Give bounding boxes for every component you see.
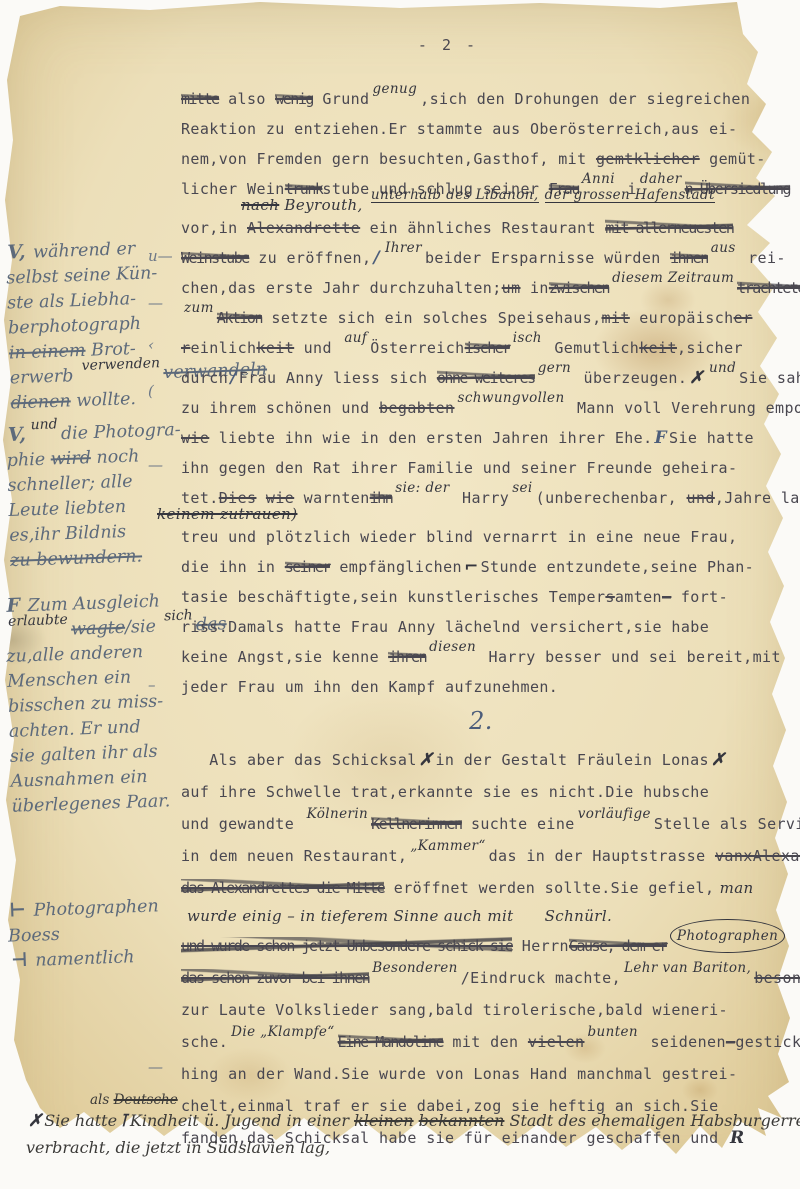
overtyped-scribble: wenig [275, 90, 313, 108]
struck-handwritten-text: Deutsche [114, 1092, 178, 1108]
typed-text: Mann voll Verehrung empor, [568, 399, 800, 417]
overtyped-scribble: Aktion [217, 309, 262, 327]
typed-text: liebte ihn wie in den ersten Jahren ihre… [209, 429, 652, 447]
struck-handwritten-text: bekannten [419, 1111, 505, 1130]
typed-text: Sie sah [739, 369, 800, 387]
bottom-note-line: ✗Sie hatte⊺Kindheit ü. Jugend in einer k… [26, 1109, 796, 1136]
inserted-word-above: und [709, 353, 736, 383]
editor-mark: ✗ [711, 750, 726, 770]
typed-text: das in der Hauptstrasse [489, 847, 715, 865]
typed-line: nem,von Fremden gern besuchten,Gasthof, … [181, 144, 781, 174]
typed-text: ,Jahre lang [715, 489, 800, 507]
circled-insertion: Photographen [670, 919, 785, 953]
typed-text: Harry [453, 489, 510, 507]
typed-text: in der Gestalt Fräulein Lonas [435, 751, 709, 769]
typed-text: Stelle als Serviermädchen [654, 815, 800, 833]
struck-typed-text: wie [181, 429, 209, 447]
handwritten-text: als [90, 1092, 114, 1108]
handwritten-text: die Photogra- [61, 420, 181, 444]
typed-text: überzeugen. [574, 369, 687, 387]
struck-handwritten-text: wird [50, 448, 91, 469]
typescript-body: mitte also wenig Grundgenug,sich den Dro… [181, 84, 781, 1154]
typed-text: in [521, 279, 549, 297]
typed-line: in dem neuen Restaurant,„Kammer“das in d… [181, 840, 781, 872]
overtyped-scribble: Weinstube [181, 249, 249, 267]
underlined-insertion: unterhalb des Libanon, [371, 190, 539, 203]
inserted-word-above: Kölnerin [307, 798, 369, 830]
typed-text: hing an der Wand.Sie wurde von Lonas Han… [181, 1065, 737, 1083]
typed-text: Österreich [370, 339, 464, 357]
typed-text: nem,von Fremden gern besuchten,Gasthof, … [181, 150, 596, 168]
overtyped-scribble: seiner [285, 558, 330, 576]
typed-text: einlich [190, 339, 256, 357]
margin-note-2: V,unddie Photogra-phie wird nochschnelle… [5, 417, 185, 573]
editor-mark-blue: / [373, 248, 380, 268]
typed-line: Reaktion zu entziehen.Er stammte aus Obe… [181, 114, 781, 144]
typed-text: vor,in [181, 219, 247, 237]
typed-text: gestickten Bändern [735, 1033, 800, 1051]
typed-text: rei- [739, 249, 786, 267]
typed-text: in dem neuen Restaurant, [181, 847, 407, 865]
margin-note-4: ⊢ PhotographenBoess⊣ namentlich [7, 893, 161, 973]
typed-text: setzte sich ein solches Speisehaus, [262, 309, 602, 327]
struck-typed-text: vanxAlexan [715, 847, 800, 865]
handwritten-text: namentlich [29, 947, 134, 971]
editor-mark: ⊺ [119, 1111, 128, 1131]
handwritten-text: selbst seine Kün- [6, 263, 158, 288]
typed-text: und [294, 339, 341, 357]
struck-typed-text: er [734, 309, 753, 327]
typed-text: chen,das erste Jahr durchzuhalten; [181, 279, 502, 297]
inserted-word-above: diesen [429, 632, 476, 662]
typed-text: keine Angst,sie kenne [181, 648, 388, 666]
handwritten-text: sie galten ihr als [9, 742, 157, 767]
typed-text: seidenen [641, 1033, 726, 1051]
handwritten-text: überlegenes Paar. [11, 791, 170, 817]
inserted-word-above: auf [344, 323, 367, 353]
editor-mark: ⌐ [464, 557, 479, 577]
typed-line: sche.Die „Klampfe“Eine Mandoline mit den… [181, 1026, 781, 1058]
handwritten-text: Boess [8, 925, 60, 947]
handwritten-text: es,ihr Bildnis [9, 522, 126, 546]
struck-handwritten-text: keinem zutrauen) [157, 505, 297, 523]
typed-text: amten [615, 588, 662, 606]
handwritten-text: noch [91, 446, 140, 468]
handwritten-text: /sie [125, 616, 162, 637]
typed-line: zu ihrem schönen und begabtenschwungvoll… [181, 393, 781, 423]
editor-mark: ✗ [28, 1111, 42, 1131]
typed-line: auf ihre Schwelle trat,erkannte sie es n… [181, 776, 781, 808]
handwritten-text: ste als Liebha- [7, 289, 137, 313]
typed-text: Reaktion zu entziehen.Er stammte aus Obe… [181, 120, 737, 138]
overtyped-scribble: das schon zuvor bei ihnen [181, 969, 369, 987]
overtyped-scribble: ihren [388, 648, 426, 666]
overtyped-scribble: das Alexandrettes die Mitte [181, 879, 384, 897]
editor-mark: ✗ [689, 368, 704, 388]
inserted-word-above: verwenden [81, 351, 160, 379]
typed-text: eröffnet werden sollte.Sie gefiel, [384, 879, 714, 897]
typed-line: tasie beschäftigte,sein kunstlerisches T… [181, 582, 781, 612]
handwritten-text: bisschen zu miss- [8, 691, 164, 716]
editor-mark-blue: / [230, 368, 237, 388]
inserted-word-above: Die „Klampfe“ [231, 1016, 334, 1048]
manuscript-scan: - 2 - V, während erselbst seine Kün-ste … [0, 0, 800, 1189]
struck-typed-text: und [687, 489, 715, 507]
overtyped-scribble: ischer [465, 339, 510, 357]
inserted-word-above: aus [711, 233, 736, 263]
gutter-mark: — [148, 294, 163, 312]
typed-text: durch [181, 369, 228, 387]
typed-text: Sie hatte [669, 429, 754, 447]
typed-line: ihn gegen den Rat ihrer Familie und sein… [181, 453, 781, 483]
typed-line: jeder Frau um ihn den Kampf aufzunehmen. [181, 672, 781, 702]
handwritten-text: Leute liebten [8, 497, 126, 521]
section-heading: 2. [181, 702, 781, 744]
overtyped-scribble: Eine Mandoline [338, 1033, 443, 1051]
handwritten-text: Sie hatte [44, 1111, 117, 1130]
editor-mark-blue: F [655, 428, 667, 448]
typed-line: zumAktion setzte sich ein solches Speise… [181, 303, 781, 333]
struck-typed-text: um [502, 279, 521, 297]
typed-text: Harry besser und sei bereit,mit [479, 648, 781, 666]
handwritten-text: man [714, 879, 753, 897]
typed-text: (unberechenbar, [536, 489, 687, 507]
inserted-word-above: diesem Zeitraum [612, 263, 734, 293]
handwritten-text: phie [6, 450, 51, 472]
handwritten-text: während er [27, 239, 135, 263]
typed-text: Als aber das Schicksal [181, 751, 417, 769]
struck-handwritten-text: nach [241, 196, 279, 214]
typed-text: /Eindruck machte, [461, 969, 621, 987]
editor-mark: ✗ [419, 750, 434, 770]
struck-handwritten-text: kleinen [354, 1111, 413, 1130]
handwritten-text: erwerb [9, 366, 79, 388]
overtyped-scribble: mitte [181, 90, 219, 108]
handwritten-text: zu,alle anderen [6, 642, 143, 667]
gutter-mark: — [148, 1058, 163, 1076]
inserted-word-above: erlaubte [8, 608, 69, 635]
handwritten-text: wurde einig – in tieferem Sinne auch mit… [187, 907, 612, 925]
section-number: 2. [469, 707, 493, 735]
typed-line: das schon zuvor bei ihnenBesonderen/Eind… [181, 962, 781, 994]
typed-text: europäisch [630, 309, 734, 327]
handwritten-text: Photographen [28, 896, 159, 921]
handwritten-text: Menschen ein [7, 668, 132, 692]
bottom-note-line: als Deutsche [90, 1092, 796, 1109]
typed-text: tasie beschäftigte,sein kunstlerisches T… [181, 588, 605, 606]
handwritten-text: wollte. [70, 389, 136, 411]
typed-line: die ihn in seiner empfänglichen⌐Stunde e… [181, 552, 781, 582]
typed-line: treu und plötzlich wieder blind vernarrt… [181, 522, 781, 552]
overtyped-scribble: trachteten [737, 279, 800, 297]
page-number: - 2 - [418, 36, 478, 54]
handwritten-text: Kindheit ü. Jugend in einer [130, 1111, 354, 1130]
paragraph-1: mitte also wenig Grundgenug,sich den Dro… [181, 84, 781, 702]
inserted-word-above: sei [512, 473, 532, 503]
struck-typed-text: s [605, 588, 614, 606]
bottom-handwritten-note: als Deutsche✗Sie hatte⊺Kindheit ü. Jugen… [26, 1092, 796, 1163]
gutter-mark: ‹ [148, 336, 154, 354]
typed-text: also [219, 90, 276, 108]
inserted-word-above: und [30, 412, 58, 438]
typed-line: keine Angst,sie kenne ihrendiesen Harry … [181, 642, 781, 672]
typed-line: vor,in Alexandrette ein ähnliches Restau… [181, 213, 781, 243]
inserted-word-above: bunten [587, 1016, 638, 1048]
struck-typed-text: mit [602, 309, 630, 327]
struck-typed-text: – [726, 1033, 735, 1051]
gutter-mark: ( [148, 382, 154, 400]
struck-typed-text: – [662, 588, 671, 606]
typed-line: reinlichkeit und aufÖsterreichischerisch… [181, 333, 781, 363]
typed-text: Herrn [512, 937, 569, 955]
overtyped-scribble: ihn [370, 489, 393, 507]
typed-text: empfänglichen [330, 558, 462, 576]
struck-typed-text: besonders [754, 969, 800, 987]
typed-line: wie liebte ihn wie in den ersten Jahren … [181, 423, 781, 453]
inserted-word-above: sie: der [395, 473, 449, 503]
typed-text: zu ihrem schönen und [181, 399, 379, 417]
struck-typed-text: keit [639, 339, 677, 357]
handwritten-text: Stadt des ehemaligen Habsburgerreiches, [504, 1111, 800, 1130]
struck-typed-text: vielen [528, 1033, 585, 1051]
overtyped-scribble: und wurde schon jetzt Unbesondere schick… [181, 937, 512, 955]
inserted-word-above: vorläufige [578, 798, 651, 830]
struck-handwritten-text: wagte [71, 618, 126, 640]
typed-text: Frau Anny liess sich [239, 369, 437, 387]
typed-text: fort- [671, 588, 728, 606]
margin-note-line: ⊣ namentlich [8, 943, 160, 973]
typed-text: zu eröffnen, [249, 249, 372, 267]
handwritten-text: berphotograph [8, 314, 142, 339]
typed-line: chen,das erste Jahr durchzuhalten;um inz… [181, 273, 781, 303]
typed-text: ,sich den Drohungen der siegreichen [420, 90, 750, 108]
bottom-note-line: verbracht, die jetzt in Südslavien lag, [26, 1136, 796, 1163]
typed-text: treu und plötzlich wieder blind vernarrt… [181, 528, 737, 546]
typed-text: warnten [294, 489, 369, 507]
handwritten-text: Ausnahmen ein [10, 767, 147, 792]
inserted-word-above: Lehr van Bariton, [624, 952, 751, 984]
typed-text: die ihn in [181, 558, 285, 576]
overtyped-scribble: zwischen [549, 279, 609, 297]
struck-handwritten-text: zu bewundern. [10, 546, 143, 571]
typed-text: gemüt- [700, 150, 766, 168]
inserted-word-above: Besonderen [372, 952, 457, 984]
inserted-word-above: gern [538, 353, 571, 383]
inserted-word-above: zum [184, 293, 214, 323]
inserted-word-above: „Kammer“ [410, 830, 485, 862]
struck-handwritten-text: in einem [9, 341, 86, 364]
struck-typed-text: begabten [379, 399, 454, 417]
typed-text: Stunde entzundete,seine Phan- [481, 558, 755, 576]
inserted-word-above: schwungvollen [458, 383, 565, 413]
typed-line: riss.Damals hatte Frau Anny lächelnd ver… [181, 612, 781, 642]
inserted-word-above: Ihrer [385, 233, 422, 263]
underlined-insertion: der grossen Hafenstadt [545, 190, 715, 203]
typed-text: mit den [443, 1033, 528, 1051]
gutter-mark: — [148, 456, 163, 474]
margin-note-line: ⊢ Photographen [7, 893, 159, 923]
struck-handwritten-text: dienen [10, 391, 71, 413]
gutter-mark: – [148, 676, 156, 694]
handwritten-text: achten. Er und [9, 717, 141, 742]
struck-typed-text: keit [256, 339, 294, 357]
inserted-word-above: genug [373, 74, 418, 104]
inserted-word-above: isch [513, 323, 542, 353]
editor-mark: ⊢ [9, 899, 27, 922]
typed-text: Grund [313, 90, 370, 108]
typed-line: Als aber das Schicksal✗in der Gestalt Fr… [181, 744, 781, 776]
typed-text: jeder Frau um ihn den Kampf aufzunehmen. [181, 678, 558, 696]
typed-text: und gewandte [181, 815, 304, 833]
typed-text: sche. [181, 1033, 228, 1051]
handwritten-text: schneller; alle [7, 472, 133, 496]
typed-text: ihn gegen den Rat ihrer Familie und sein… [181, 459, 737, 477]
handwritten-text: verbracht, die jetzt in Südslavien lag, [26, 1138, 330, 1157]
editor-mark: V, [7, 241, 26, 264]
editor-mark: ⊣ [11, 949, 29, 972]
editor-mark: V, [7, 423, 26, 446]
handwritten-text: Beyrouth, [279, 196, 368, 214]
struck-typed-text: Alexandrette [247, 219, 360, 237]
gutter-mark: u— [148, 247, 173, 265]
typed-line: mitte also wenig Grundgenug,sich den Dro… [181, 84, 781, 114]
typed-line: hing an der Wand.Sie wurde von Lonas Han… [181, 1058, 781, 1090]
